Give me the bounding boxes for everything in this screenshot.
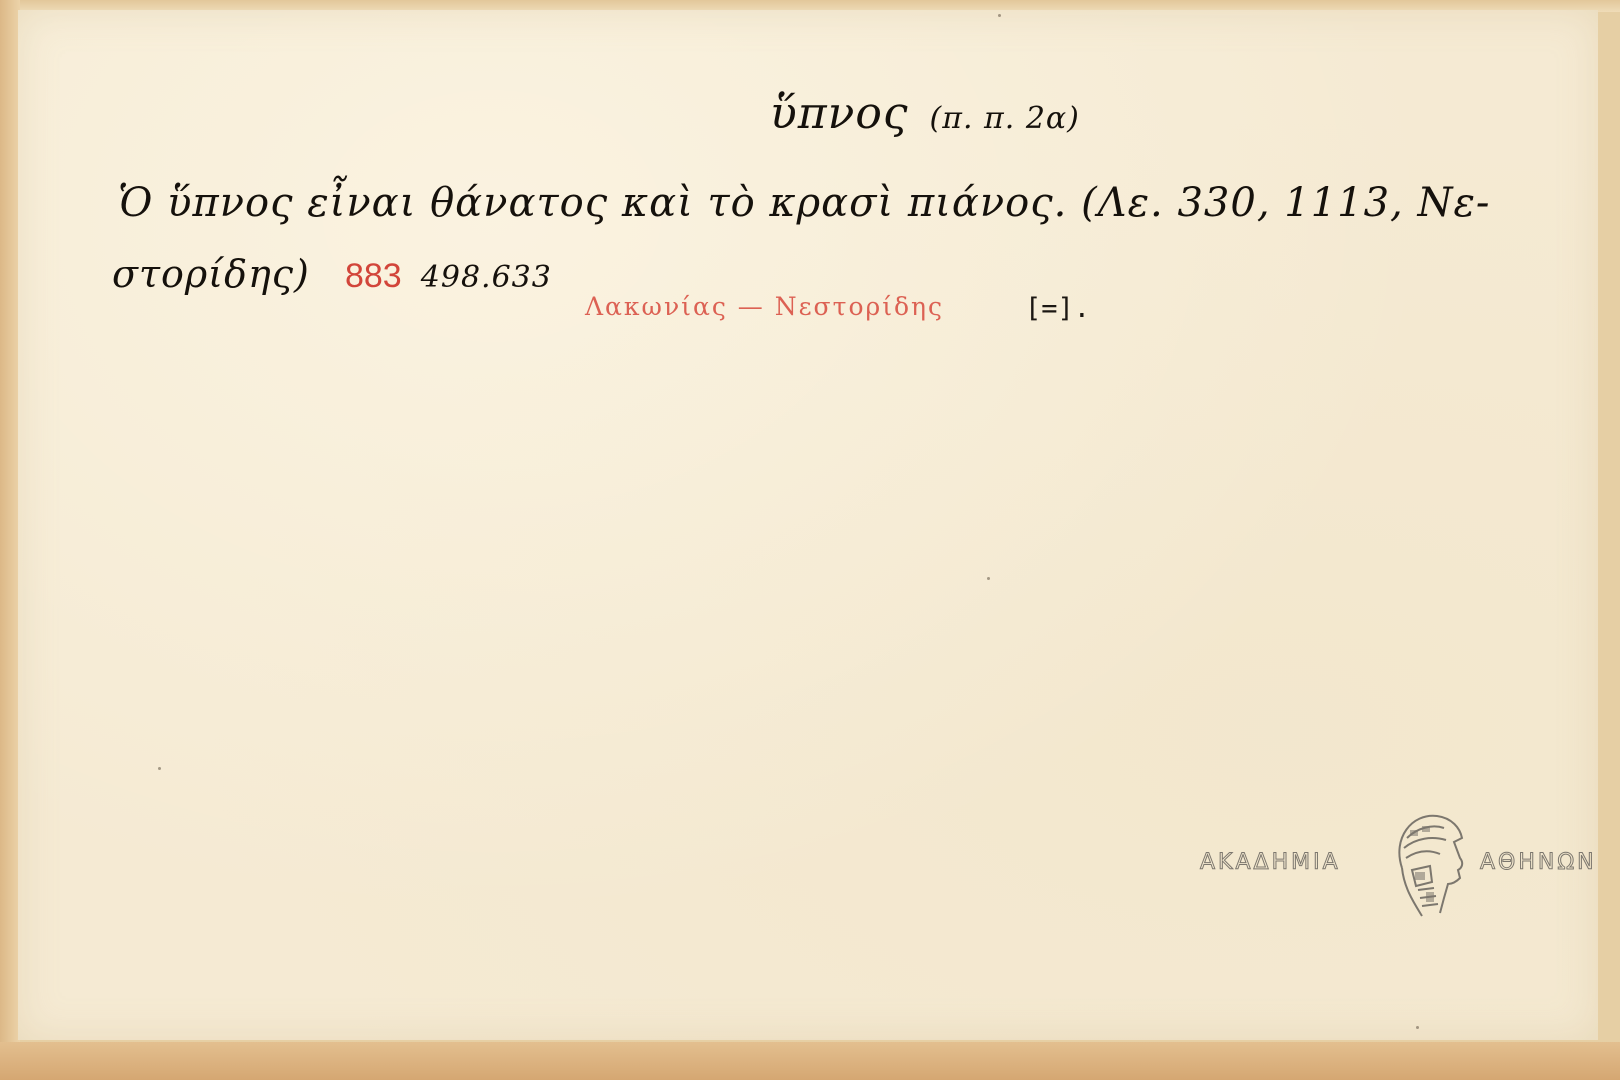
logo-text-left: ΑΚΑΔΗΜΙΑ <box>1200 850 1341 875</box>
card-bottom-edge <box>0 1042 1620 1080</box>
paper-speck <box>158 767 161 770</box>
bracket-mark: [=]. <box>1025 293 1090 324</box>
paper-speck <box>998 14 1001 17</box>
card-left-edge <box>0 0 20 1080</box>
headword-text: ὕπνος <box>770 88 909 139</box>
athena-head-icon <box>1382 808 1472 918</box>
call-number: 498.633 <box>421 260 552 295</box>
academy-of-athens-logo: ΑΚΑΔΗΜΙΑ ΑΘΗΝΩΝ <box>1200 808 1620 918</box>
paper-speck <box>987 577 990 580</box>
red-stamp-number: 883 <box>345 257 402 295</box>
logo-text-right: ΑΘΗΝΩΝ <box>1480 850 1597 875</box>
paper-speck <box>1416 1026 1419 1029</box>
entry-line-1: Ὁ ὕπνος εἶναι θάνατος καὶ τὸ κρασὶ πιάνο… <box>118 180 1490 226</box>
region-collector-stamp: Λακωνίας — Νεστορίδης <box>585 292 944 321</box>
headword: ὕπνος (π. π. 2α) <box>770 88 1080 139</box>
headword-reference: (π. π. 2α) <box>930 101 1080 136</box>
entry-line-2-text: στορίδης) <box>112 252 310 296</box>
entry-line-2: στορίδης) 883 498.633 <box>112 252 552 296</box>
